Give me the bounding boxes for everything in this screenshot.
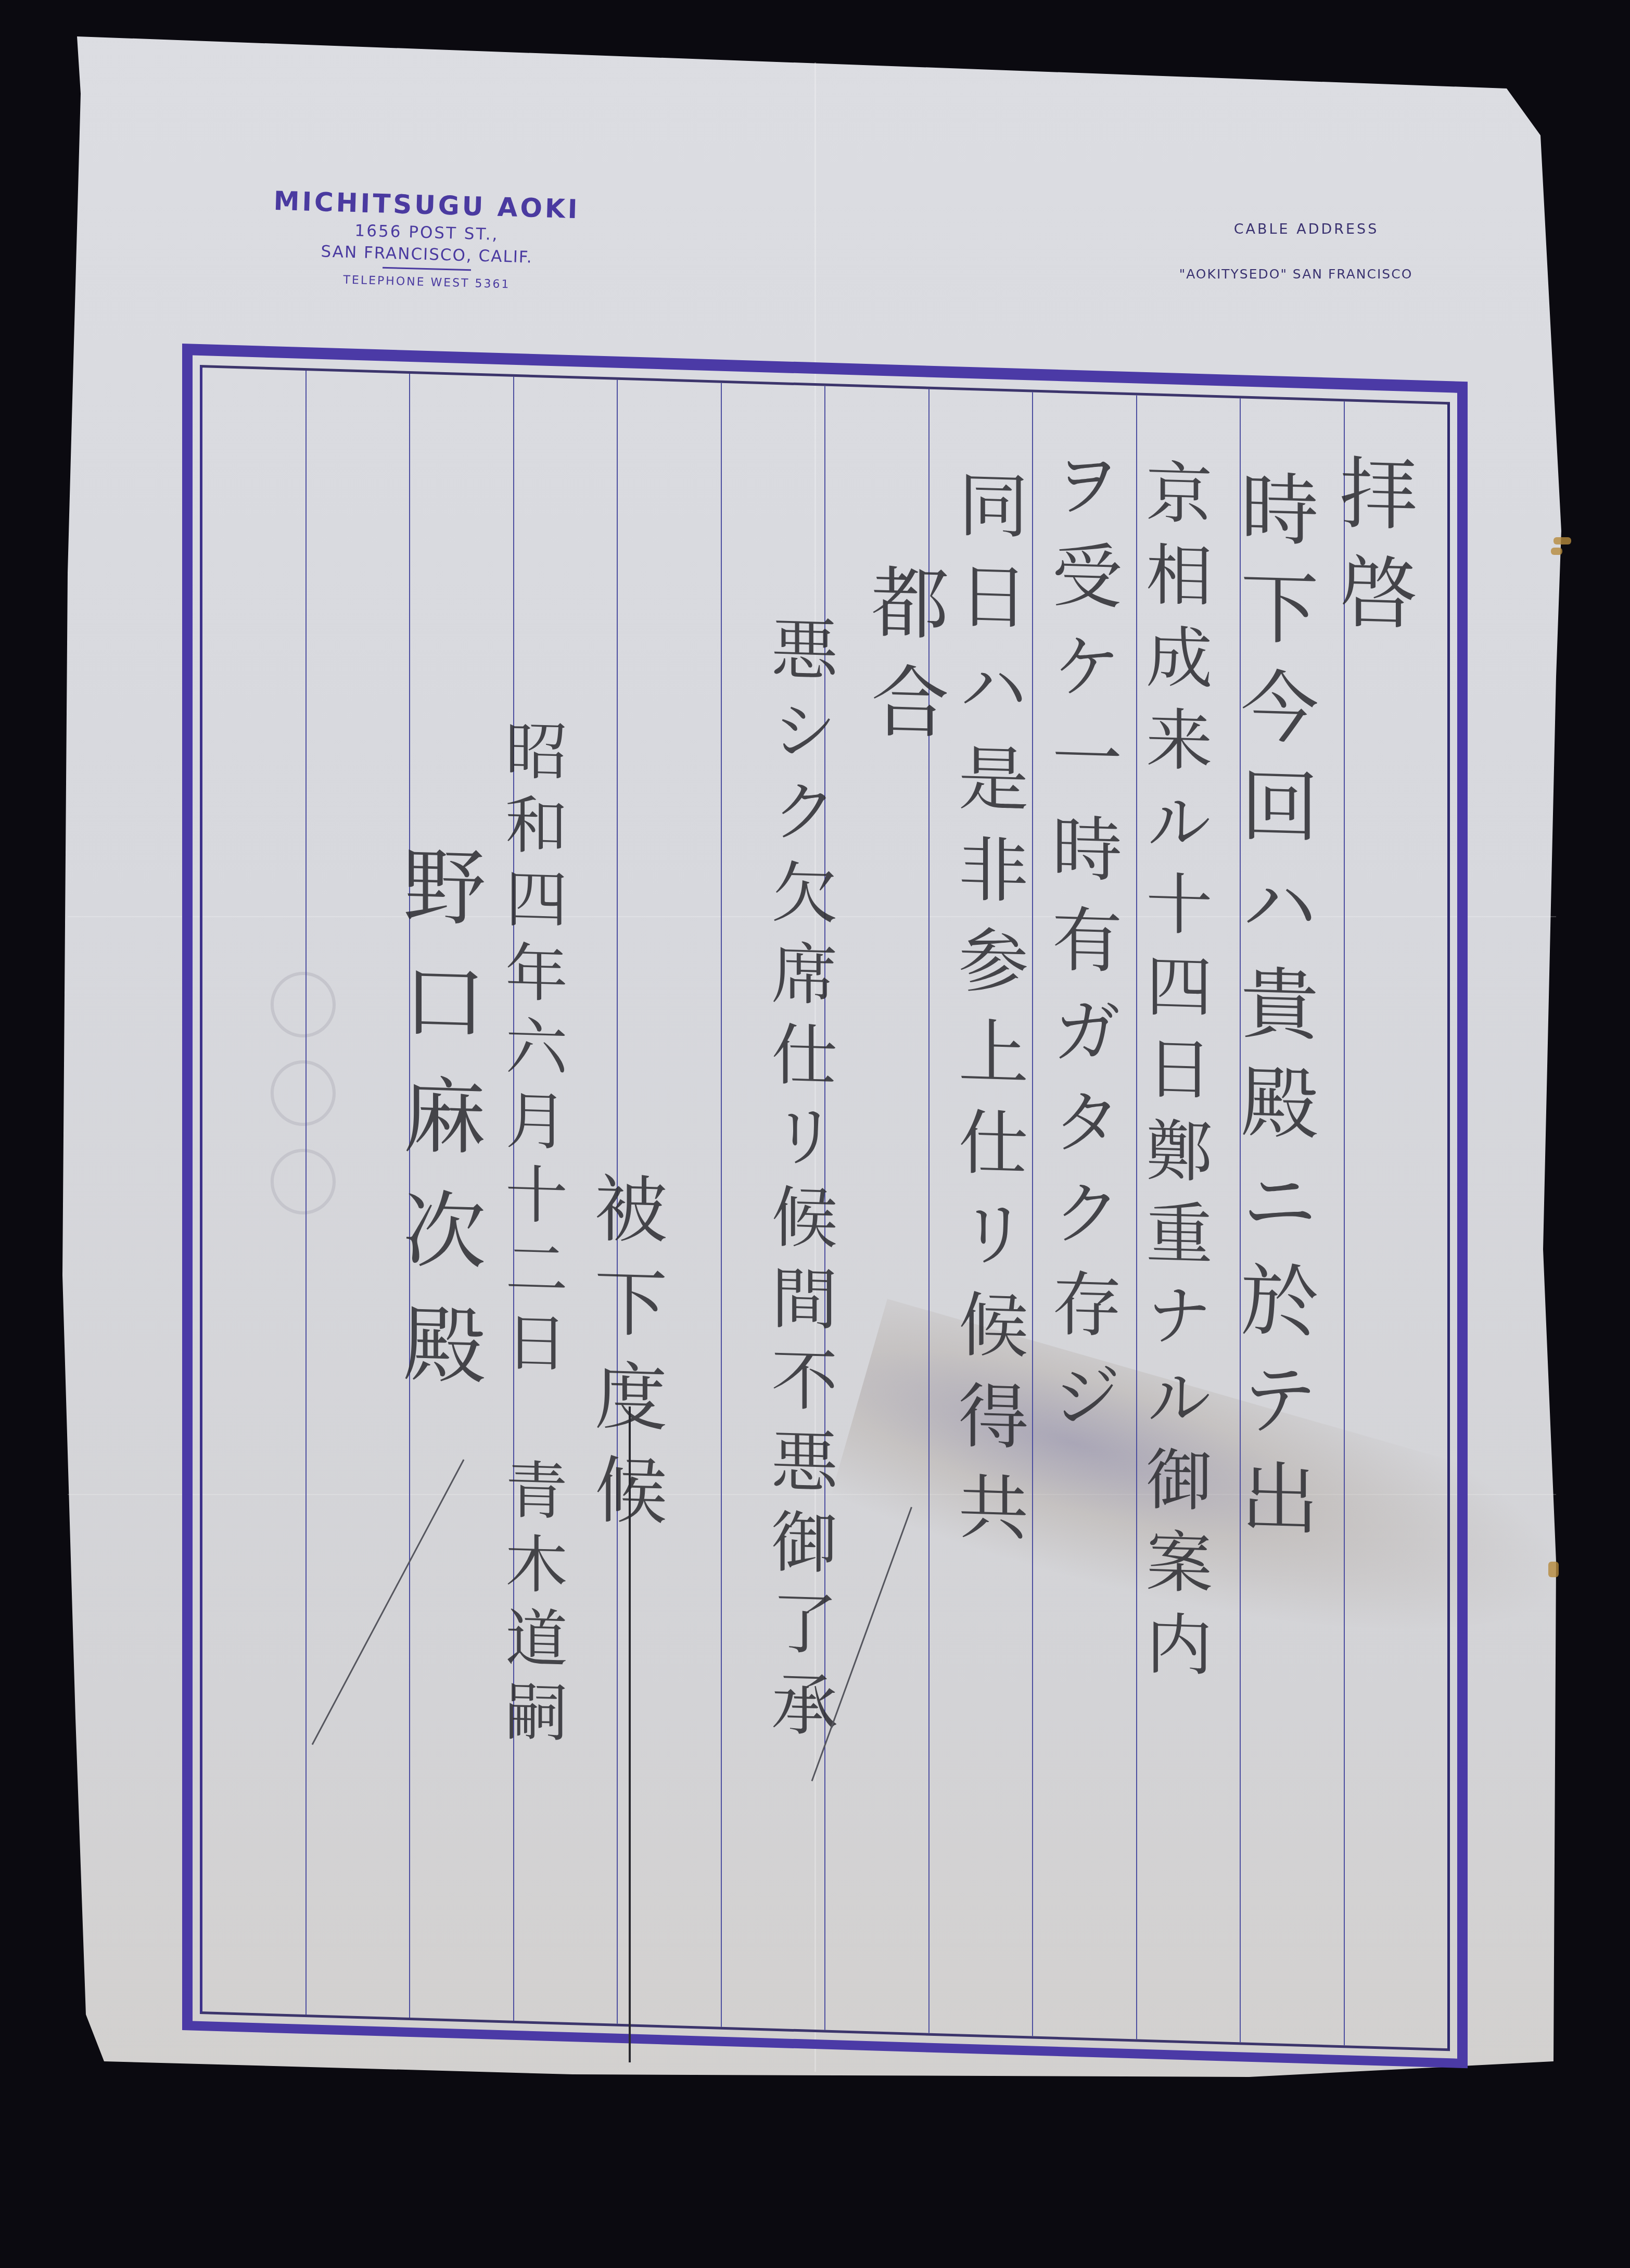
letterhead-divider xyxy=(383,267,471,271)
handwritten-line: 都合 xyxy=(864,561,942,761)
handwritten-line: 同日ハ是非参上仕リ候得共 xyxy=(952,467,1023,1563)
brush-stroke xyxy=(629,1407,631,2062)
cable-address-value: "AOKITYSEDO" SAN FRANCISCO xyxy=(1135,267,1457,282)
letterhead-left-block: MICHITSUGU AOKI 1656 POST ST., SAN FRANC… xyxy=(224,190,630,289)
handwritten-line: 被下度候 xyxy=(588,1170,661,1547)
handwritten-line: ヲ受ケ一時有ガタク存ジ xyxy=(1046,447,1116,1451)
handwritten-line: 悪シク欠席仕リ候間不悪御了承 xyxy=(765,613,832,1752)
handwritten-line: 時下今回ハ貴殿ニ於テ出 xyxy=(1233,467,1311,1557)
handwritten-line: 京相成来ル十四日鄭重ナル御案内 xyxy=(1140,457,1206,1693)
date-and-signature: 昭和四年六月十二日 青木道嗣 xyxy=(500,717,562,1754)
letterhead-right-block: CABLE ADDRESS "AOKITYSEDO" SAN FRANCISCO xyxy=(1135,221,1457,282)
addressee-line: 野口麻次殿 xyxy=(396,842,479,1417)
ruled-column xyxy=(202,368,305,2014)
rust-spot xyxy=(1551,548,1562,555)
cable-address-label: CABLE ADDRESS xyxy=(1135,221,1457,237)
rust-spot xyxy=(1548,1562,1559,1577)
rust-spot xyxy=(1553,537,1571,544)
handwritten-line: 拝啓 xyxy=(1332,452,1410,652)
